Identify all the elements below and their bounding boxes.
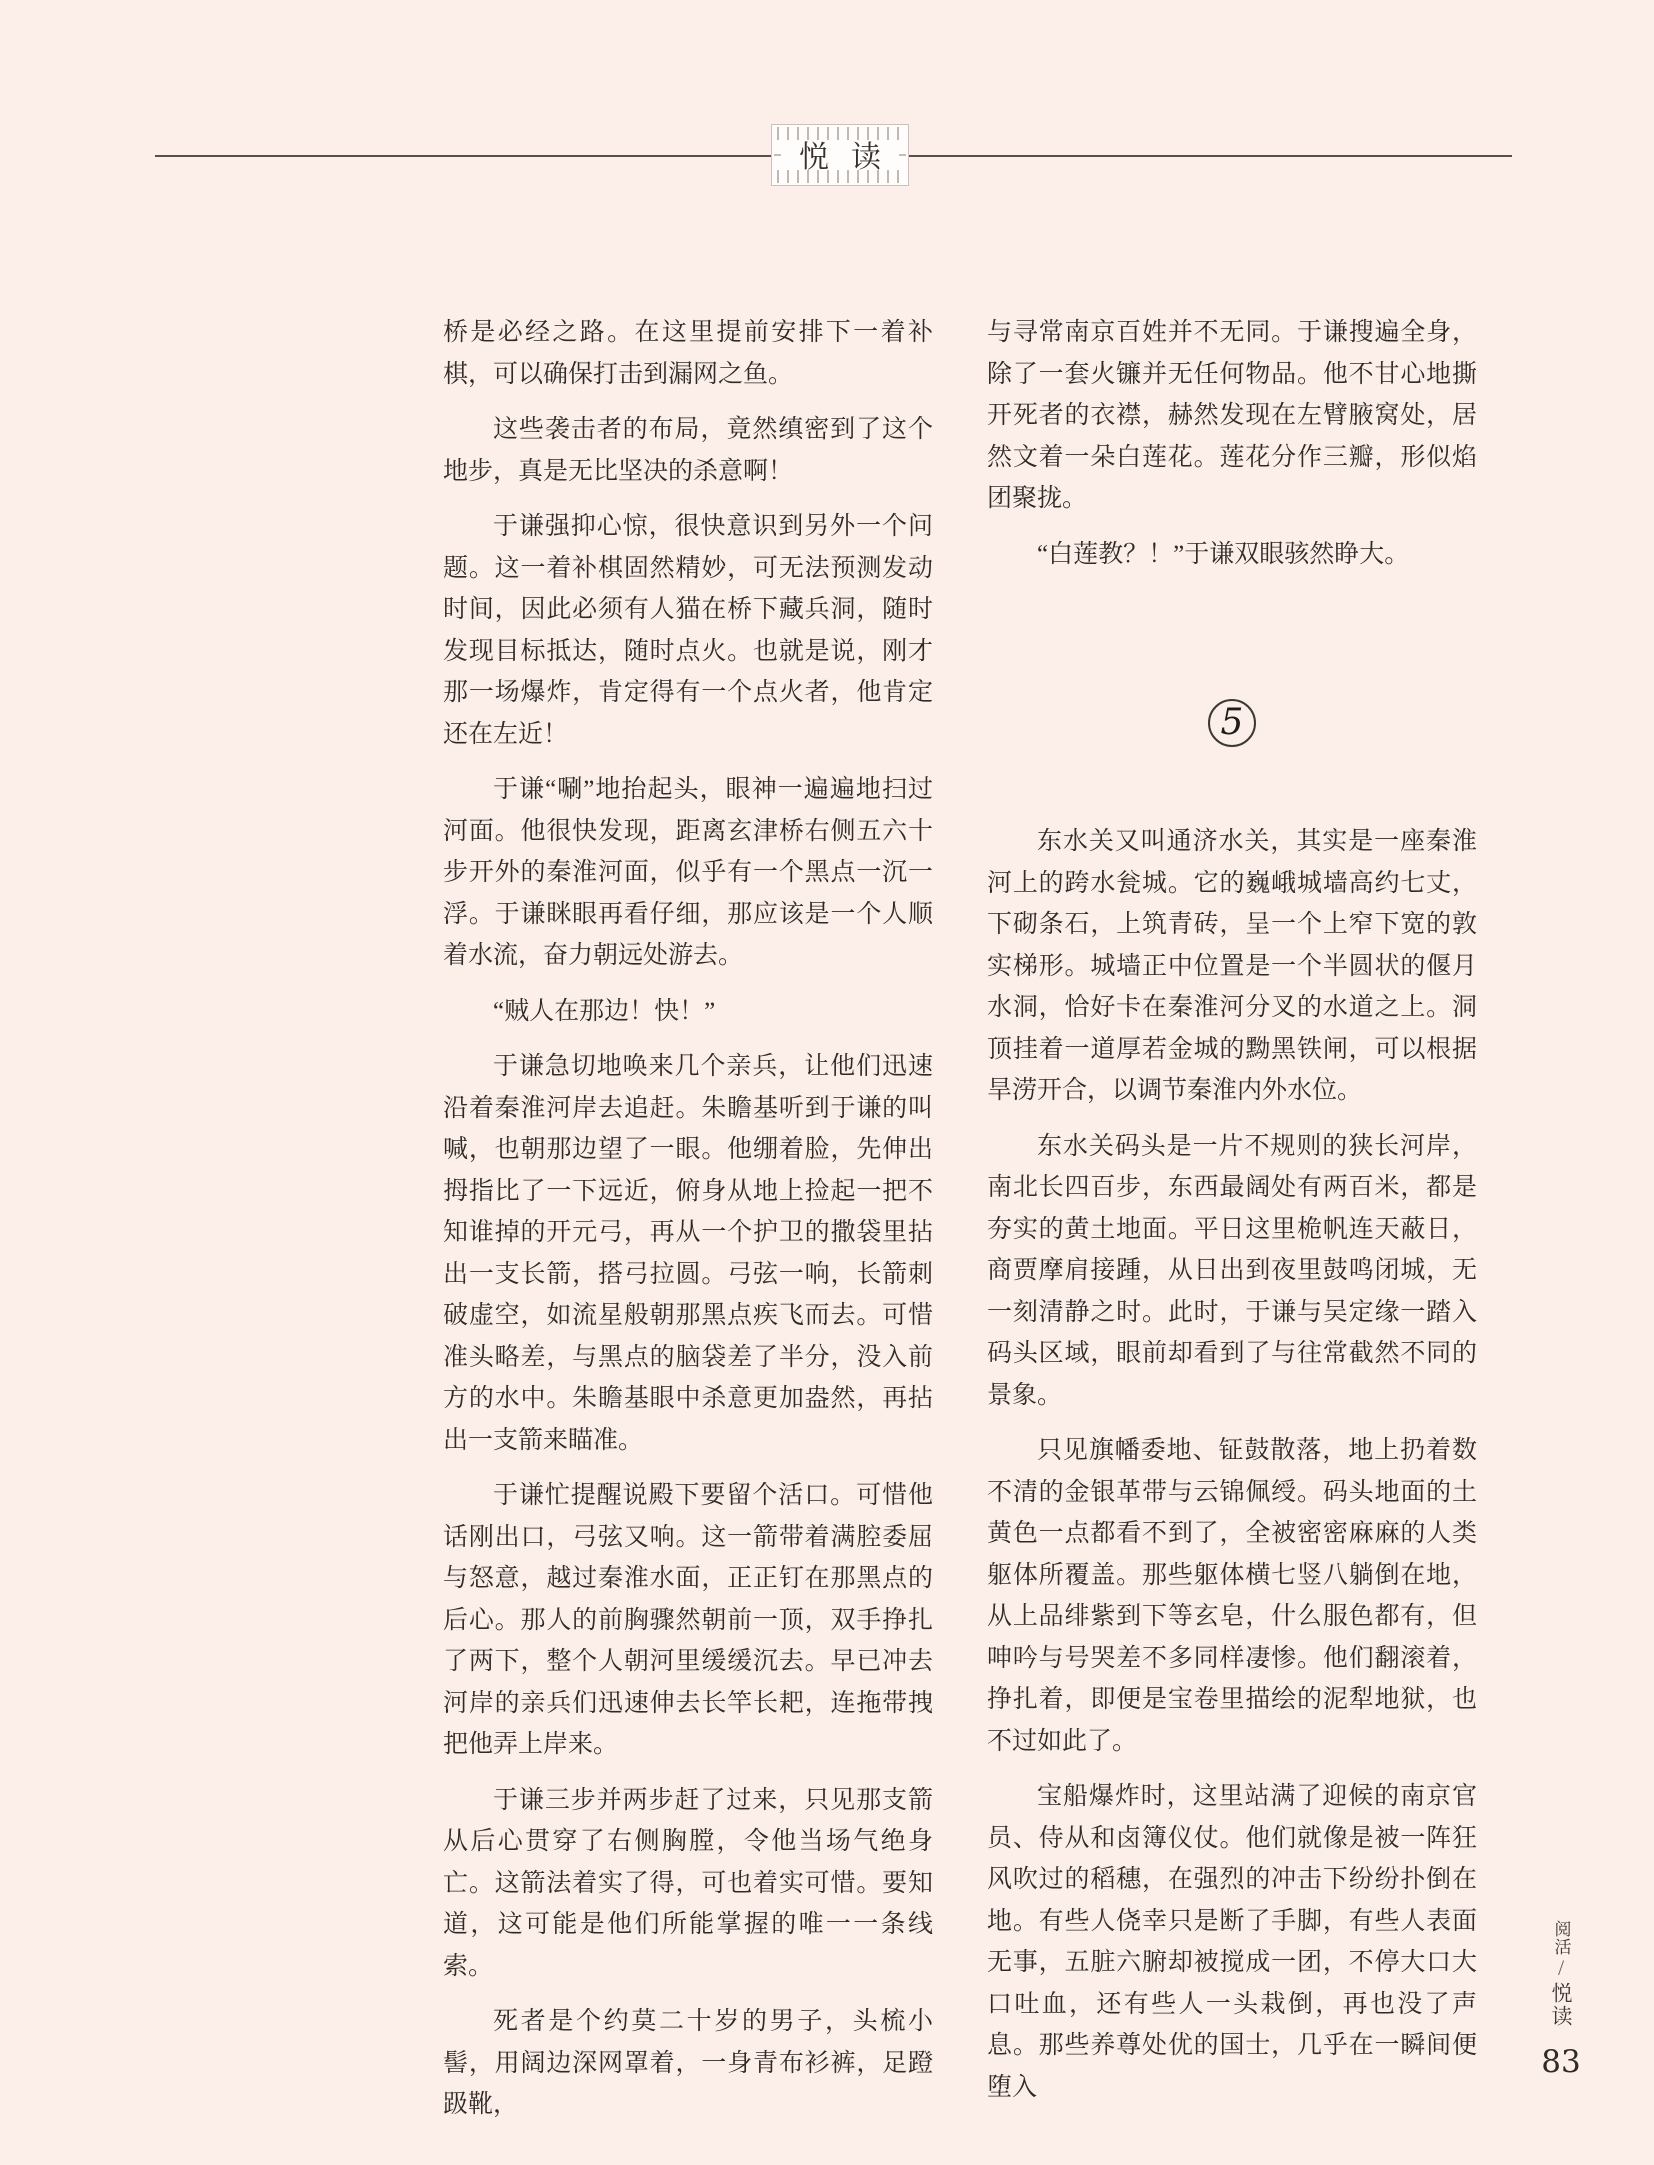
section-number-badge: 5 <box>1208 699 1256 747</box>
badge-tick-decoration-bottom <box>777 170 903 183</box>
paragraph: “白莲教？！”于谦双眼骇然睁大。 <box>987 534 1477 576</box>
right-text-column: 与寻常南京百姓并不无同。于谦搜遍全身，除了一套火镰并无任何物品。他不甘心地撕开死… <box>987 312 1477 2108</box>
paragraph: “贼人在那边！快！” <box>443 991 933 1033</box>
paragraph: 于谦三步并两步赶了过来，只见那支箭从后心贯穿了右侧胸膛，令他当场气绝身亡。这箭法… <box>443 1780 933 1988</box>
paragraph: 死者是个约莫二十岁的男子，头梳小髻，用阔边深网罩着，一身青布衫裤，足蹬趿靴， <box>443 2001 933 2126</box>
paragraph: 宝船爆炸时，这里站满了迎候的南京官员、侍从和卤簿仪仗。他们就像是被一阵狂风吹过的… <box>987 1776 1477 2108</box>
paragraph: 只见旗幡委地、钲鼓散落，地上扔着数不清的金银革带与云锦佩绶。码头地面的土黄色一点… <box>987 1430 1477 1762</box>
paragraph: 于谦急切地唤来几个亲兵，让他们迅速沿着秦淮河岸去追赶。朱瞻基听到于谦的叫喊，也朝… <box>443 1046 933 1461</box>
section-divider: 5 <box>987 589 1477 807</box>
paragraph: 桥是必经之路。在这里提前安排下一着补棋，可以确保打击到漏网之鱼。 <box>443 312 933 395</box>
page-number: 83 <box>1541 2044 1580 2080</box>
section-badge: 悦读 <box>771 124 909 186</box>
magazine-page: 悦读 桥是必经之路。在这里提前安排下一着补棋，可以确保打击到漏网之鱼。这些袭击者… <box>0 0 1654 2165</box>
paragraph: 于谦强抑心惊，很快意识到另外一个问题。这一着补棋固然精妙，可无法预测发动时间，因… <box>443 506 933 755</box>
section-name-vertical: 悦读 <box>1546 1982 1576 2028</box>
paragraph: 于谦“唰”地抬起头，眼神一遍遍地扫过河面。他很快发现，距离玄津桥右侧五六十步开外… <box>443 769 933 977</box>
paragraph: 与寻常南京百姓并不无同。于谦搜遍全身，除了一套火镰并无任何物品。他不甘心地撕开死… <box>987 312 1477 520</box>
magazine-name-vertical: 阅活 <box>1549 1920 1574 1956</box>
paragraph: 这些袭击者的布局，竟然缜密到了这个地步，真是无比坚决的杀意啊！ <box>443 409 933 492</box>
left-text-column: 桥是必经之路。在这里提前安排下一着补棋，可以确保打击到漏网之鱼。这些袭击者的布局… <box>443 312 933 2126</box>
slash-separator: / <box>1558 1958 1564 1978</box>
paragraph: 东水关码头是一片不规则的狭长河岸，南北长四百步，东西最阔处有两百米，都是夯实的黄… <box>987 1126 1477 1417</box>
paragraph: 东水关又叫通济水关，其实是一座秦淮河上的跨水瓮城。它的巍峨城墙高约七丈，下砌条石… <box>987 821 1477 1112</box>
page-margin-label: 阅活 / 悦读 83 <box>1540 1920 1582 2080</box>
paragraph: 于谦忙提醒说殿下要留个活口。可惜他话刚出口，弓弦又响。这一箭带着满腔委屈与怒意，… <box>443 1475 933 1766</box>
